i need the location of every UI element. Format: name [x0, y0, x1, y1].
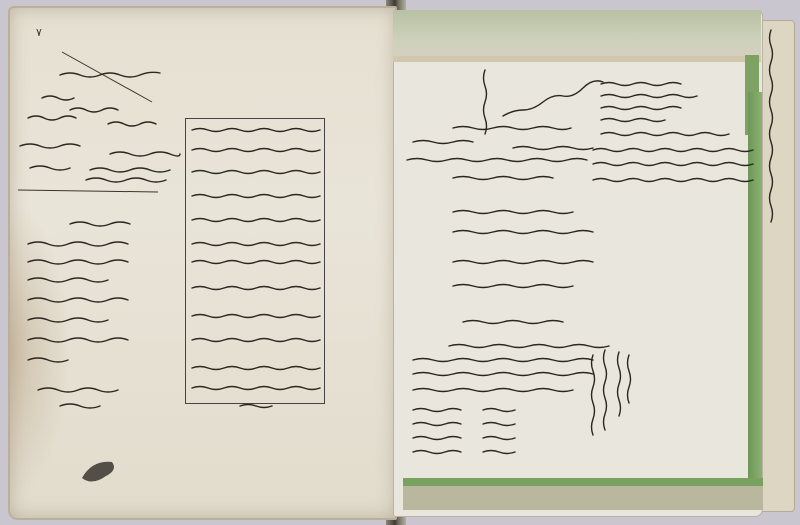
right-page-handwriting: [393, 0, 800, 525]
framed-text-block: [185, 118, 325, 404]
